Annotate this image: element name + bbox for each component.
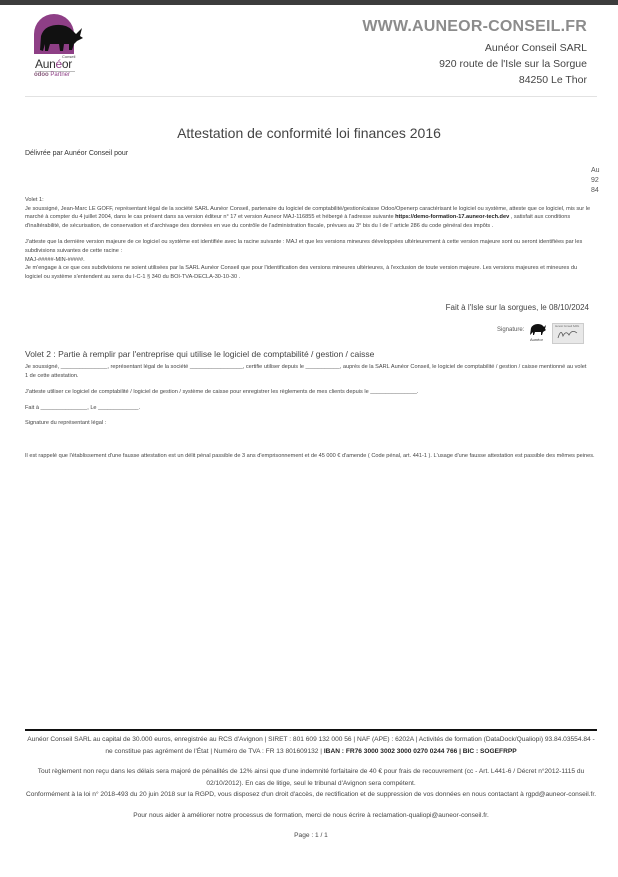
place-date: Fait à l'Isle sur la sorgues, le 08/10/2…: [446, 303, 589, 312]
payment-penalties: Tout règlement non reçu dans les délais …: [25, 766, 597, 789]
svg-text:Aunéor: Aunéor: [530, 337, 544, 342]
feedback-notice: Pour nous aider à améliorer notre proces…: [25, 810, 597, 822]
company-header: WWW.AUNEOR-CONSEIL.FR Aunéor Conseil SAR…: [362, 18, 587, 88]
handwritten-signature: Aunéor Conseil SARL: [552, 323, 584, 344]
bank-details: IBAN : FR76 3000 3002 3000 0270 0244 766…: [324, 748, 517, 755]
volet2-place-date: Fait à _______________, Le _____________…: [25, 404, 591, 413]
volet1-paragraph-1: Je soussigné, Jean-Marc LE GOFF, représe…: [25, 205, 591, 231]
company-legal-info: Aunéor Conseil SARL au capital de 30.000…: [25, 734, 597, 757]
volet2-heading: Volet 2 : Partie à remplir par l'entrepr…: [25, 349, 374, 359]
logo-name-part: Aun: [35, 57, 55, 71]
volet1-paragraph-3: Je m'engage à ce que ces subdivisions ne…: [25, 264, 591, 281]
document-title: Attestation de conformité loi finances 2…: [0, 125, 618, 141]
signature-block: Signature: Aunéor Aunéor Conseil SARL: [497, 322, 597, 344]
volet1-section: Volet 1: Je soussigné, Jean-Marc LE GOFF…: [25, 196, 591, 281]
logo-name: Aunéor: [35, 57, 72, 71]
header-divider: [25, 96, 597, 97]
company-logo: Conseil Aunéor odoo Partner: [32, 14, 84, 80]
window-top-bar: [0, 0, 618, 5]
rgpd-notice: Conformément à la loi n° 2018-493 du 20 …: [25, 789, 597, 801]
company-city: 84250 Le Thor: [362, 72, 587, 88]
website-url[interactable]: WWW.AUNEOR-CONSEIL.FR: [362, 18, 587, 36]
odoo-brand: odoo: [34, 72, 49, 78]
volet1-paragraph-2: J'atteste que la dernière version majeur…: [25, 238, 591, 255]
company-street: 920 route de l'Isle sur la Sorgue: [362, 56, 587, 72]
signature-label: Signature:: [497, 327, 524, 333]
volet2-paragraph-1: Je soussigné, _______________, représent…: [25, 363, 591, 380]
delivered-by: Délivrée par Aunéor Conseil pour: [25, 150, 128, 157]
logo-name-part: or: [62, 57, 72, 71]
rhino-icon: [36, 20, 84, 56]
recipient-line: 84: [591, 186, 618, 196]
recipient-line: 92: [591, 176, 618, 186]
partner-label: Partner: [50, 72, 70, 78]
volet1-heading: Volet 1:: [25, 196, 591, 205]
footer-divider: [25, 729, 597, 731]
company-name: Aunéor Conseil SARL: [362, 40, 587, 56]
volet2-signature-label: Signature du représentant légal :: [25, 419, 591, 428]
recipient-address: Au 92 84: [591, 166, 618, 196]
legal-disclaimer: Il est rappelé que l'établissement d'une…: [25, 452, 595, 461]
footer: Aunéor Conseil SARL au capital de 30.000…: [25, 729, 597, 842]
version-code: MAJ-#####-MIN-#####.: [25, 256, 591, 265]
recipient-line: Au: [591, 166, 618, 176]
signature-scribble-icon: [553, 324, 583, 343]
page-number: Page : 1 / 1: [25, 830, 597, 842]
hosting-url[interactable]: https://demo-formation-17.auneor-tech.de…: [395, 214, 509, 220]
rhino-stamp-icon: Aunéor: [529, 322, 547, 342]
logo-partner: odoo Partner: [34, 72, 70, 78]
volet2-paragraph-2: J'atteste utiliser ce logiciel de compta…: [25, 388, 591, 397]
